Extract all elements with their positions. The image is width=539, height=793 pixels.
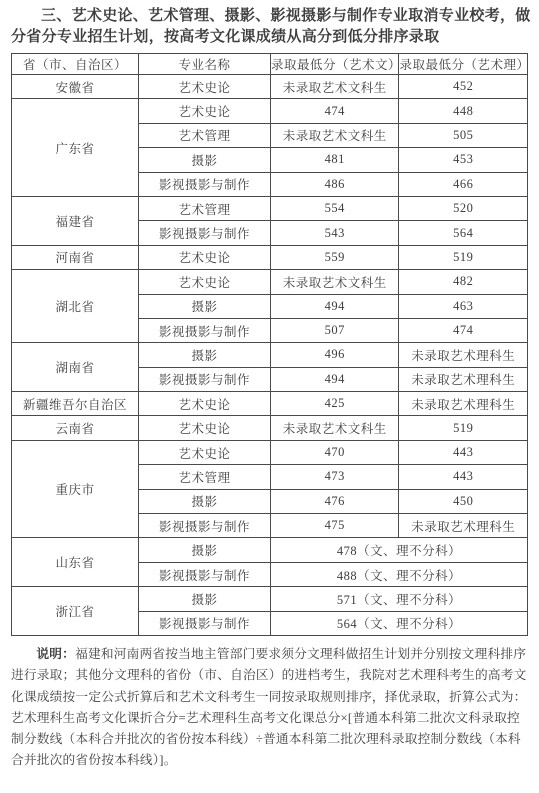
major-cell: 艺术史论: [138, 440, 270, 464]
table-row: 浙江省摄影571（文、理不分科）: [12, 587, 528, 611]
table-row: 湖北省艺术史论未录取艺术文科生482: [12, 270, 528, 294]
score-arts-liberal-cell: 494: [271, 367, 399, 391]
section-title-line-1: 三、艺术史论、艺术管理、摄影、影视摄影与制作专业取消专业校考，做: [11, 6, 528, 27]
major-cell: 摄影: [138, 343, 270, 367]
section-title: 三、艺术史论、艺术管理、摄影、影视摄影与制作专业取消专业校考，做 分省分专业招生…: [11, 6, 528, 48]
score-arts-liberal-cell: 496: [271, 343, 399, 367]
score-arts-science-cell: 519: [399, 245, 528, 269]
province-cell: 湖南省: [12, 343, 139, 392]
notes-label: 说明：: [36, 647, 75, 661]
table-header-row: 省（市、自治区） 专业名称 录取最低分（艺术文） 录取最低分（艺术理）: [12, 54, 528, 75]
major-cell: 摄影: [138, 587, 270, 611]
table-row: 湖南省摄影496未录取艺术理科生: [12, 343, 528, 367]
table-row: 广东省艺术史论474448: [12, 99, 528, 123]
score-arts-liberal-cell: 未录取艺术文科生: [271, 75, 399, 99]
score-arts-science-cell: 466: [399, 172, 528, 196]
document-page: 三、艺术史论、艺术管理、摄影、影视摄影与制作专业取消专业校考，做 分省分专业招生…: [0, 0, 539, 772]
major-cell: 影视摄影与制作: [138, 318, 270, 342]
score-arts-science-cell: 474: [399, 318, 528, 342]
score-arts-science-cell: 未录取艺术理科生: [399, 343, 528, 367]
table-row: 河南省艺术史论559519: [12, 245, 528, 269]
score-arts-liberal-cell: 未录取艺术文科生: [271, 270, 399, 294]
score-arts-science-cell: 519: [399, 416, 528, 440]
major-cell: 艺术管理: [138, 123, 270, 147]
score-merged-cell: 488（文、理不分科）: [271, 562, 528, 586]
major-cell: 艺术史论: [138, 99, 270, 123]
score-arts-science-cell: 450: [399, 489, 528, 513]
table-row: 福建省艺术管理554520: [12, 196, 528, 220]
major-cell: 影视摄影与制作: [138, 221, 270, 245]
notes-line: 说明：福建和河南两省按当地主管部门要求须分文理科做招生计划并分别按文理科排序: [11, 644, 528, 665]
score-arts-liberal-cell: 未录取艺术文科生: [271, 416, 399, 440]
score-arts-science-cell: 未录取艺术理科生: [399, 367, 528, 391]
table-row: 云南省艺术史论未录取艺术文科生519: [12, 416, 528, 440]
notes-line: 合并批次的省份按本科线）]。: [11, 750, 528, 771]
score-arts-science-cell: 443: [399, 440, 528, 464]
province-cell: 重庆市: [12, 440, 139, 538]
major-cell: 艺术史论: [138, 75, 270, 99]
notes-paragraph: 说明：福建和河南两省按当地主管部门要求须分文理科做招生计划并分别按文理科排序 进…: [11, 644, 528, 772]
major-cell: 摄影: [138, 538, 270, 562]
major-cell: 艺术管理: [138, 196, 270, 220]
header-min-score-arts-liberal: 录取最低分（艺术文）: [271, 54, 399, 75]
score-arts-liberal-cell: 474: [271, 99, 399, 123]
score-arts-liberal-cell: 543: [271, 221, 399, 245]
score-arts-liberal-cell: 507: [271, 318, 399, 342]
score-arts-science-cell: 未录取艺术理科生: [399, 514, 528, 538]
score-arts-liberal-cell: 470: [271, 440, 399, 464]
header-province: 省（市、自治区）: [12, 54, 139, 75]
province-cell: 湖北省: [12, 270, 139, 343]
score-arts-liberal-cell: 475: [271, 514, 399, 538]
score-arts-science-cell: 482: [399, 270, 528, 294]
score-arts-science-cell: 463: [399, 294, 528, 318]
major-cell: 艺术史论: [138, 270, 270, 294]
section-title-line-2: 分省分专业招生计划，按高考文化课成绩从高分到低分排序录取: [11, 27, 528, 48]
province-cell: 福建省: [12, 196, 139, 245]
major-cell: 影视摄影与制作: [138, 514, 270, 538]
province-cell: 新疆维吾尔自治区: [12, 392, 139, 416]
score-arts-liberal-cell: 486: [271, 172, 399, 196]
major-cell: 艺术史论: [138, 392, 270, 416]
notes-line: 化课成绩按一定公式折算后和艺术文科考生一同按录取规则排序，择优录取，折算公式为：: [11, 687, 528, 708]
notes-line: 制分数线（本科合并批次的省份按本科线）÷普通本科第二批次理科录取控制分数线（本科: [11, 729, 528, 750]
score-arts-science-cell: 505: [399, 123, 528, 147]
province-cell: 安徽省: [12, 75, 139, 99]
table-row: 安徽省艺术史论未录取艺术文科生452: [12, 75, 528, 99]
notes-line: 艺术理科生高考文化课折合分=艺术理科生高考文化课总分×[普通本科第二批次文科录取…: [11, 708, 528, 729]
score-arts-science-cell: 453: [399, 148, 528, 172]
score-arts-liberal-cell: 559: [271, 245, 399, 269]
major-cell: 影视摄影与制作: [138, 367, 270, 391]
score-arts-science-cell: 452: [399, 75, 528, 99]
score-arts-liberal-cell: 481: [271, 148, 399, 172]
admission-score-table: 省（市、自治区） 专业名称 录取最低分（艺术文） 录取最低分（艺术理） 安徽省艺…: [11, 53, 528, 636]
major-cell: 摄影: [138, 148, 270, 172]
score-arts-science-cell: 564: [399, 221, 528, 245]
score-arts-science-cell: 520: [399, 196, 528, 220]
province-cell: 山东省: [12, 538, 139, 587]
table-row: 重庆市艺术史论470443: [12, 440, 528, 464]
province-cell: 浙江省: [12, 587, 139, 636]
notes-line: 进行录取；其他分文理科的省份（市、自治区）的进档考生，我院对艺术理科考生的高考文: [11, 665, 528, 686]
score-arts-liberal-cell: 554: [271, 196, 399, 220]
major-cell: 艺术史论: [138, 245, 270, 269]
header-min-score-arts-science: 录取最低分（艺术理）: [399, 54, 528, 75]
score-merged-cell: 478（文、理不分科）: [271, 538, 528, 562]
score-merged-cell: 571（文、理不分科）: [271, 587, 528, 611]
header-major: 专业名称: [138, 54, 270, 75]
major-cell: 摄影: [138, 489, 270, 513]
score-merged-cell: 564（文、理不分科）: [271, 611, 528, 635]
province-cell: 河南省: [12, 245, 139, 269]
major-cell: 艺术史论: [138, 416, 270, 440]
score-arts-liberal-cell: 476: [271, 489, 399, 513]
table-body: 安徽省艺术史论未录取艺术文科生452广东省艺术史论474448艺术管理未录取艺术…: [12, 75, 528, 636]
score-arts-science-cell: 443: [399, 465, 528, 489]
major-cell: 影视摄影与制作: [138, 172, 270, 196]
notes-text: 福建和河南两省按当地主管部门要求须分文理科做招生计划并分别按文理科排序: [75, 647, 526, 661]
major-cell: 影视摄影与制作: [138, 562, 270, 586]
major-cell: 艺术管理: [138, 465, 270, 489]
major-cell: 影视摄影与制作: [138, 611, 270, 635]
table-row: 山东省摄影478（文、理不分科）: [12, 538, 528, 562]
province-cell: 云南省: [12, 416, 139, 440]
score-arts-science-cell: 未录取艺术理科生: [399, 392, 528, 416]
score-arts-liberal-cell: 494: [271, 294, 399, 318]
score-arts-science-cell: 448: [399, 99, 528, 123]
score-arts-liberal-cell: 未录取艺术文科生: [271, 123, 399, 147]
score-arts-liberal-cell: 425: [271, 392, 399, 416]
table-row: 新疆维吾尔自治区艺术史论425未录取艺术理科生: [12, 392, 528, 416]
province-cell: 广东省: [12, 99, 139, 197]
major-cell: 摄影: [138, 294, 270, 318]
score-arts-liberal-cell: 473: [271, 465, 399, 489]
